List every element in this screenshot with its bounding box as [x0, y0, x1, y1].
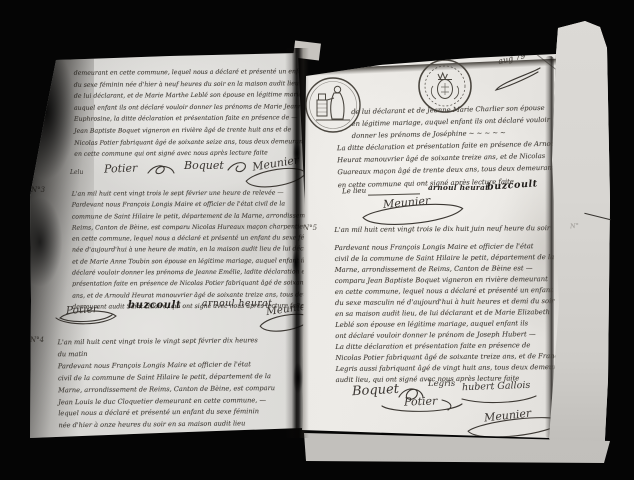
right-record-continuation-text: de lui déclarant et de Jeanne Marie Char… — [336, 102, 556, 191]
signature-legris: Legris — [428, 379, 455, 389]
record-5-text: L'an mil huit cent vingt trois le dix hu… — [334, 223, 559, 386]
page-edge-shadow — [28, 52, 94, 440]
paraph-swirl-icon — [378, 396, 468, 416]
signature-arnoul-heurat: arnoul heurat — [202, 299, 272, 309]
record-4-text: L'an mil huit cent vingt trois le vingt … — [58, 335, 307, 433]
manuscript-line: née d'aujourd'hui à une heure de matin, … — [72, 244, 306, 257]
manuscript-line: Pardevant nous François Longis Maire et … — [72, 199, 306, 212]
ghost-margin-mark: N° — [570, 222, 579, 230]
record-3-text: L'an mil huit cent vingt trois le sept f… — [72, 187, 307, 312]
signature-underline-icon — [460, 393, 540, 405]
scanned-register-spread: N° demeurant en cette commune, lequel no… — [0, 0, 634, 480]
folio-flourish-icon — [490, 64, 546, 96]
manuscript-line: présentation faite en présence de Nicola… — [72, 278, 306, 291]
signature-hubert-gallois: hubert Gallois — [462, 380, 531, 393]
signature-boquet: Boquet — [184, 159, 224, 172]
le-lieu-note: Le lieu — [342, 187, 366, 196]
manuscript-line: Jean Baptiste Boquet vigneron en rivière… — [74, 124, 306, 137]
left-record-continuation-text: demeurant en cette commune, lequel nous … — [74, 66, 307, 160]
paraph-swirl-icon — [146, 162, 176, 178]
manuscript-line: née d'hier à onze heures du soir en sa m… — [58, 418, 306, 433]
signature-arnoul-heurat: arnoul heurat — [428, 183, 489, 192]
manuscript-line: Nicolas Potier fabriquant âgé de soixant… — [74, 136, 306, 149]
manuscript-line: L'an mil huit cent vingt trois le dix hu… — [334, 223, 558, 236]
signature-potier: Potier — [104, 161, 138, 175]
binding-gutter — [285, 48, 309, 438]
signature-dark-buzcoult: buzcoult — [487, 178, 538, 193]
signature-dark-buzcoult: buzcoult — [128, 300, 181, 311]
